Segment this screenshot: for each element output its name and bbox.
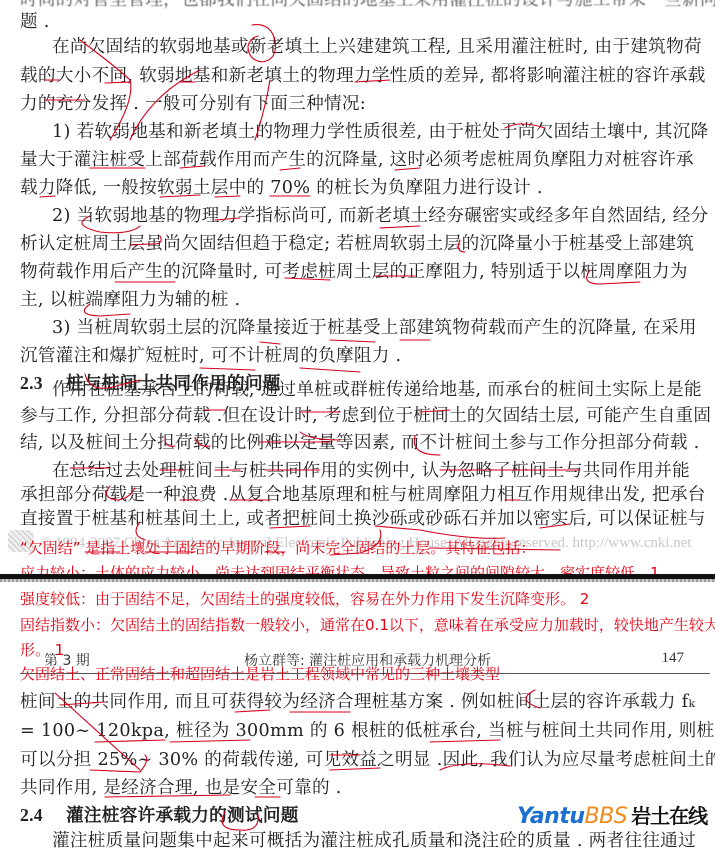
- page-separator-shadow: [0, 579, 715, 582]
- paragraph-line: 量大于灌注桩受上部荷载作用而产生的沉降量, 这时必须考虑桩周负摩阻力对桩容许承: [20, 150, 700, 170]
- annotation-item-3: 固结指数小：欠固结土的固结指数一般较小，通常在0.1以下，意味着在承受应力加载时…: [20, 615, 700, 635]
- logo-bbs: BBS: [585, 804, 628, 829]
- section-number: 2.4: [20, 805, 66, 825]
- annotation-definition: “欠固结” 是指土壤处于固结的早期阶段，尚未完全固结的土层。其特征包括：: [20, 538, 700, 558]
- section-title: 灌注桩容许承载力的测试问题: [66, 805, 299, 826]
- paragraph-line: 桩间土的共同作用, 而且可获得较为经济合理桩基方案 . 例如桩间土层的容许承载力…: [20, 692, 700, 712]
- paragraph-line: 可以分担 25%~ 30% 的荷载传递, 可见效益之明显 .因此, 我们认为应尽…: [20, 750, 700, 770]
- paragraph-line: 结, 以及桩间土分担荷载的比例难以定量等因素, 而不计桩间土参与工作分担部分荷载…: [20, 433, 700, 453]
- paragraph-line: 题 .: [20, 12, 700, 32]
- annotation-item-2: 强度较低：由于固结不足，欠固结土的强度较低，容易在外力作用下发生沉降变形。 2: [20, 589, 700, 609]
- paragraph-line: 沉管灌注和爆扩短桩时, 可不计桩周的负摩阻力 .: [20, 346, 700, 366]
- paragraph-line: 共同作用, 是经济合理, 也是安全可靠的 .: [20, 778, 700, 798]
- paragraph-line: 作用在桩基承台上的荷载, 通过单桩或群桩传递给地基, 而承台的桩间土实际上是能: [52, 380, 715, 400]
- paragraph-line: 在总结过去处理桩间土与桩共同作用的实例中, 认为忽略了桩间土与共同作用并能: [52, 461, 715, 481]
- scanned-paper-page: 时间的对管型管理，也都我们在尚欠固结的地基上采用灌注桩的设计与施工带来一些新问 …: [0, 0, 715, 849]
- paragraph-line: 析认定桩周土层虽尚欠固结但趋于稳定; 若桩周软弱土层的沉降量小于桩基受上部建筑: [20, 234, 700, 254]
- paragraph-line: 承担部分荷载是一种浪费 .从复合地基原理和桩与桩周摩阻力相互作用规律出发, 把承…: [20, 485, 700, 505]
- paragraph-line: 1) 若软弱地基和新老填土的物理力学性质很差, 由于桩处于尚欠固结土壤中, 其沉…: [52, 122, 715, 142]
- paragraph-line: = 100~ 120kpa, 桩径为 300mm 的 6 根桩的低桩承台, 当桩…: [20, 721, 700, 741]
- paragraph-line: 力的充分发挥 . 一般可分别有下面三种情况:: [20, 94, 700, 114]
- paragraph-line: 参与工作, 分担部分荷载 .但在设计时, 考虑到位于桩间土的欠固结土层, 可能产…: [20, 406, 700, 426]
- paragraph-line: 时间的对管型管理，也都我们在尚欠固结的地基上采用灌注桩的设计与施工带来一些新问: [20, 0, 700, 10]
- paragraph-line: 2) 当软弱地基的物理力学指标尚可, 而新老填土经夯碾密实或经多年自然固结, 经…: [52, 206, 715, 226]
- paragraph-line: 直接置于桩基和桩基间土上, 或者把桩间土换沙砾或砂砾石并加以密实后, 可以保证桩…: [20, 509, 700, 529]
- annotation-soil-types: 欠固结土、正常固结土和超固结土是岩土工程领域中常见的三种土壤类型: [20, 664, 700, 684]
- paragraph-line: 物荷载作用后产生的沉降量时, 可考虑桩周土层的正摩阻力, 特别适于以桩周摩阻力为: [20, 262, 700, 282]
- paragraph-line: 载的大小不同, 软弱地基和新老填土的物理力学性质的差异, 都将影响灌注桩的容许承…: [20, 66, 700, 86]
- logo-cn: 岩土在线: [631, 804, 707, 828]
- paragraph-line: 灌注桩质量问题集中起来可概括为灌注桩成孔质量和浇注砼的质量 . 两者往往通过: [52, 831, 715, 849]
- paragraph-line: 在尚欠固结的软弱地基或新老填土上兴建建筑工程, 且采用灌注桩时, 由于建筑物荷: [52, 37, 715, 57]
- paragraph-line: 3) 当桩周软弱土层的沉降量接近于桩基受上部建筑物荷载而产生的沉降量, 在采用: [52, 318, 715, 338]
- paragraph-line: 主, 以桩端摩阻力为辅的桩 .: [20, 290, 700, 310]
- paragraph-line: 载力降低, 一般按软弱土层中的 70% 的桩长为负摩阻力进行设计 .: [20, 178, 700, 198]
- logo-yantu: Yantu: [517, 804, 585, 829]
- yantu-bbs-logo: YantuBBS岩土在线: [517, 800, 707, 828]
